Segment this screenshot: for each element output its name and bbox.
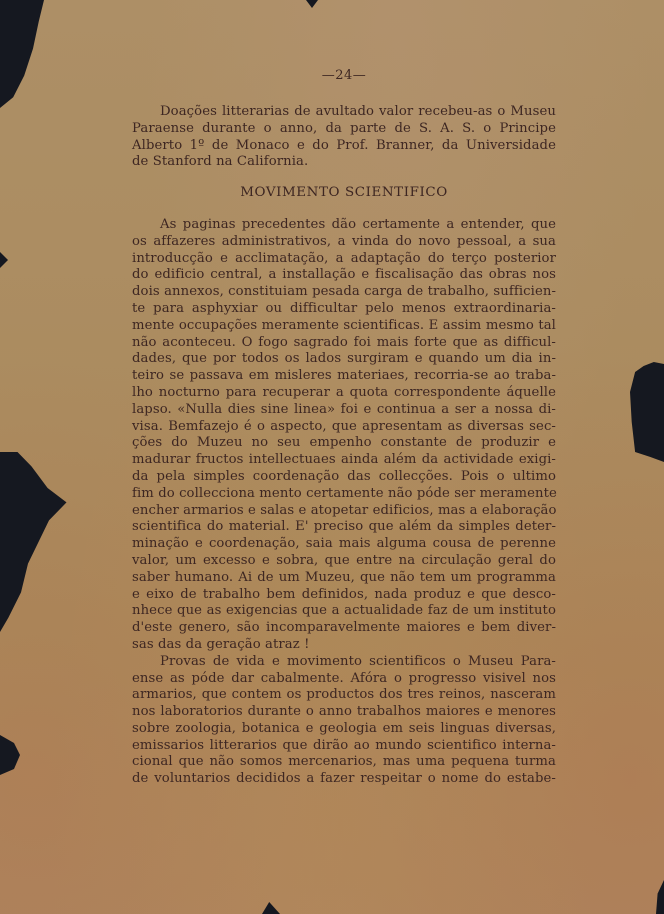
text-line: Paraense durante o anno, da parte de S. …: [132, 121, 556, 138]
body-paragraph: As paginas precedentes dão certamente a …: [132, 217, 556, 654]
torn-edge-damage: [306, 0, 318, 8]
torn-edge-damage: [0, 252, 8, 268]
text-line: de voluntarios decididos a fazer respeit…: [132, 771, 556, 788]
text-line: não aconteceu. O fogo sagrado foi mais f…: [132, 335, 556, 352]
text-line: armarios, que contem os productos dos tr…: [132, 687, 556, 704]
torn-edge-damage: [0, 735, 20, 775]
text-line: madurar fructos intellectuaes ainda além…: [132, 452, 556, 469]
text-line: ções do Muzeu no seu empenho constante d…: [132, 435, 556, 452]
text-line: dois annexos, constituiam pesada carga d…: [132, 284, 556, 301]
text-line: visa. Bemfazejo é o aspecto, que apresen…: [132, 419, 556, 436]
text-line: lapso. «Nulla dies sine linea» foi e con…: [132, 402, 556, 419]
torn-edge-damage: [656, 880, 664, 914]
text-line: ense as póde dar cabalmente. Afóra o pro…: [132, 671, 556, 688]
torn-edge-damage: [0, 0, 44, 108]
text-line: Provas de vida e movimento scientificos …: [132, 654, 556, 671]
text-line: e eixo de trabalho bem definidos, nada p…: [132, 587, 556, 604]
text-line: scientifica do material. E' preciso que …: [132, 519, 556, 536]
text-line: dades, que por todos os lados surgiram e…: [132, 351, 556, 368]
text-line: sas das da geração atraz !: [132, 637, 556, 654]
text-line: encher armarios e salas e atopetar edifi…: [132, 503, 556, 520]
body-paragraph: Provas de vida e movimento scientificos …: [132, 654, 556, 788]
scanned-page: —24— Doações litterarias de avultado val…: [0, 0, 664, 914]
torn-edge-damage: [630, 362, 664, 462]
text-line: valor, um excesso e sobra, que entre na …: [132, 553, 556, 570]
text-line: minação e coordenação, saia mais alguma …: [132, 536, 556, 553]
text-line: d'este genero, são incomparavelmente mai…: [132, 620, 556, 637]
text-line: cional que não somos mercenarios, mas um…: [132, 754, 556, 771]
text-line: sobre zoologia, botanica e geologia em s…: [132, 721, 556, 738]
text-line: nhece que as exigencias que a actualidad…: [132, 603, 556, 620]
text-line: introducção e acclimatação, a adaptação …: [132, 251, 556, 268]
text-line: de Stanford na California.: [132, 154, 556, 171]
text-line: fim do collecciona mento certamente não …: [132, 486, 556, 503]
text-line: nos laboratorios durante o anno trabalho…: [132, 704, 556, 721]
text-line: As paginas precedentes dão certamente a …: [132, 217, 556, 234]
text-line: Alberto 1º de Monaco e do Prof. Branner,…: [132, 138, 556, 155]
page-number: —24—: [132, 68, 556, 85]
torn-edge-damage: [0, 452, 70, 632]
page-body: —24— Doações litterarias de avultado val…: [132, 92, 556, 788]
text-line: os affazeres administrativos, a vinda do…: [132, 234, 556, 251]
text-line: lho nocturno para recuperar a quota corr…: [132, 385, 556, 402]
text-line: saber humano. Ai de um Muzeu, que não te…: [132, 570, 556, 587]
text-line: do edificio central, a installação e fis…: [132, 267, 556, 284]
text-line: teiro se passava em misleres materiaes, …: [132, 368, 556, 385]
torn-edge-damage: [262, 902, 280, 914]
text-line: te para asphyxiar ou difficultar pelo me…: [132, 301, 556, 318]
text-line: emissarios litterarios que dirão ao mund…: [132, 738, 556, 755]
text-line: da pela simples coordenação das collecçõ…: [132, 469, 556, 486]
text-line: mente occupações meramente scientificas.…: [132, 318, 556, 335]
intro-paragraph: Doações litterarias de avultado valor re…: [132, 104, 556, 171]
section-title: MOVIMENTO SCIENTIFICO: [132, 185, 556, 202]
text-line: Doações litterarias de avultado valor re…: [132, 104, 556, 121]
